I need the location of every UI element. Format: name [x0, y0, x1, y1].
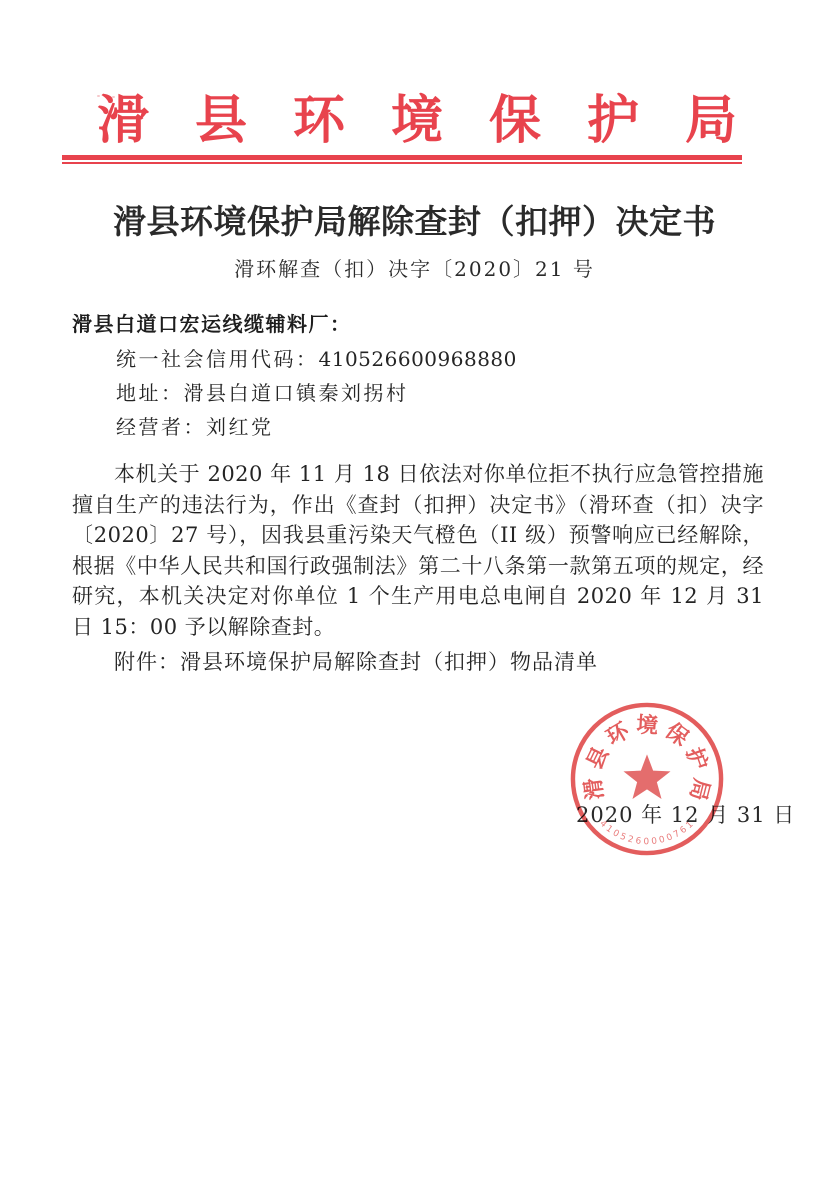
operator-label: 经营者：: [116, 415, 206, 439]
credit-code-line: 统一社会信用代码：410526600968880: [116, 343, 517, 372]
seal-star-icon: [623, 754, 670, 799]
official-seal: 滑县环境保护局 4105260000761: [568, 700, 726, 858]
letterhead-rule-thick: [62, 155, 742, 160]
decision-body-paragraph: 本机关于 2020 年 11 月 18 日依法对你单位拒不执行应急管控措施擅自生…: [72, 459, 764, 642]
document-page: 滑县环境保护局 滑县环境保护局解除查封（扣押）决定书 滑环解查（扣）决字〔202…: [0, 0, 829, 1178]
letterhead-agency-name: 滑县环境保护局: [97, 92, 783, 150]
document-title: 滑县环境保护局解除查封（扣押）决定书: [0, 196, 829, 243]
address-line: 地址：滑县白道口镇秦刘拐村: [116, 377, 409, 406]
issue-date: 2020 年 12 月 31 日: [576, 799, 795, 829]
operator-line: 经营者：刘红党: [116, 411, 274, 440]
attachment-line: 附件：滑县环境保护局解除查封（扣押）物品清单: [72, 646, 764, 676]
operator-value: 刘红党: [206, 415, 274, 439]
letterhead-rule-thin: [62, 162, 742, 164]
address-value: 滑县白道口镇秦刘拐村: [184, 381, 409, 405]
address-label: 地址：: [116, 381, 184, 405]
seal-arc-text: 滑县环境保护局: [579, 712, 714, 808]
recipient-name: 滑县白道口宏运线缆辅料厂：: [72, 308, 352, 337]
letterhead-rule: [62, 155, 742, 164]
credit-code-label: 统一社会信用代码：: [116, 347, 319, 371]
document-number: 滑环解查（扣）决字〔2020〕21 号: [0, 253, 829, 282]
credit-code-value: 410526600968880: [319, 347, 517, 371]
seal-ring: [573, 705, 721, 853]
